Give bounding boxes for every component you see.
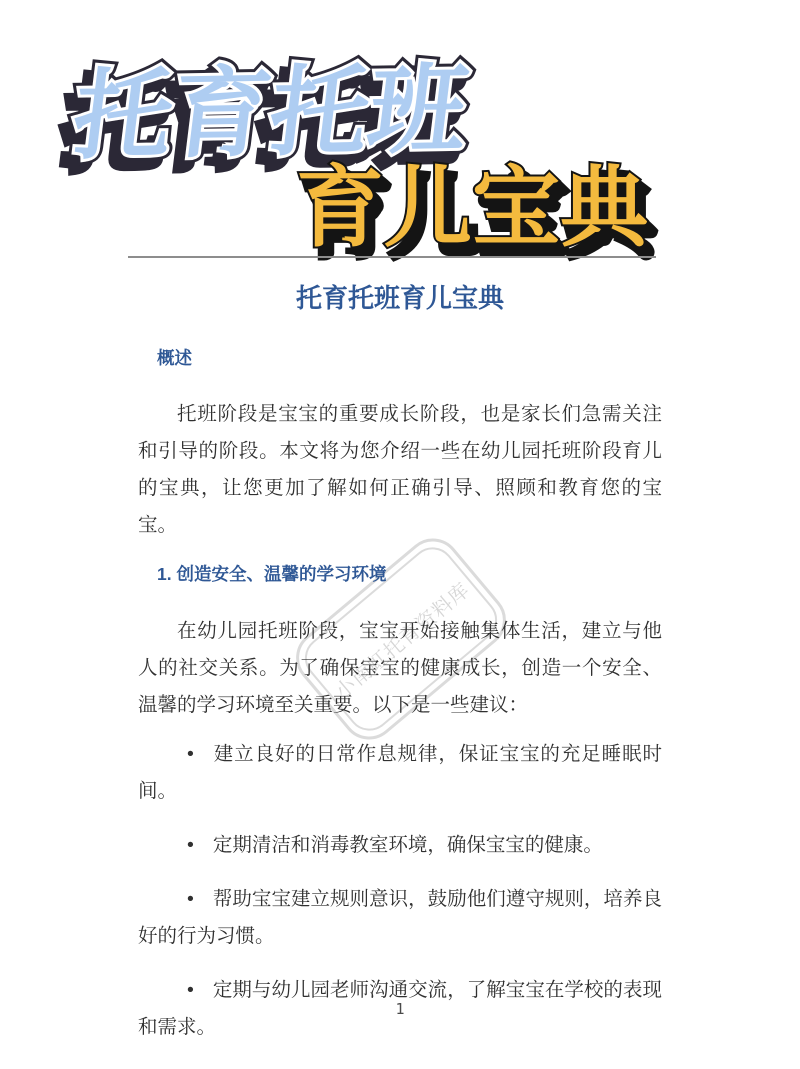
list-item: •定期清洁和消毒教室环境，确保宝宝的健康。 xyxy=(138,827,662,864)
section-heading-1: 1. 创造安全、温馨的学习环境 xyxy=(157,562,662,586)
document-title: 托育托班育儿宝典 xyxy=(138,282,662,314)
bullet-icon: • xyxy=(187,834,194,856)
divider-line xyxy=(128,256,656,258)
hero-banner: 托育托班 托育托班 托育托班 托育托班 育儿宝典 育儿宝典 xyxy=(0,0,800,258)
section-heading-overview: 概述 xyxy=(157,346,662,370)
section-1-paragraph: 在幼儿园托班阶段，宝宝开始接触集体生活，建立与他人的社交关系。为了确保宝宝的健康… xyxy=(138,613,662,724)
document-page: 托育托班 托育托班 托育托班 托育托班 育儿宝典 育儿宝典 小南虹托育资料库 托… xyxy=(0,0,800,1069)
bullet-text: 定期清洁和消毒教室环境，确保宝宝的健康。 xyxy=(213,834,603,856)
document-body: 托育托班育儿宝典 概述 托班阶段是宝宝的重要成长阶段，也是家长们急需关注和引导的… xyxy=(138,278,662,1063)
bullet-text: 帮助宝宝建立规则意识，鼓励他们遵守规则，培养良好的行为习惯。 xyxy=(138,888,662,947)
bullet-icon: • xyxy=(187,743,194,765)
list-item: •帮助宝宝建立规则意识，鼓励他们遵守规则，培养良好的行为习惯。 xyxy=(138,881,662,955)
hero-title-line2: 育儿宝典 育儿宝典 xyxy=(288,146,678,268)
bullet-icon: • xyxy=(187,888,194,910)
hero-title-line2-main: 育儿宝典 xyxy=(296,158,653,257)
overview-paragraph: 托班阶段是宝宝的重要成长阶段，也是家长们急需关注和引导的阶段。本文将为您介绍一些… xyxy=(138,396,662,544)
page-footer: 1 xyxy=(0,1000,800,1019)
bullet-text: 建立良好的日常作息规律，保证宝宝的充足睡眠时间。 xyxy=(138,743,662,802)
bullet-icon: • xyxy=(187,979,194,1001)
page-number: 1 xyxy=(395,1000,404,1018)
list-item: •建立良好的日常作息规律，保证宝宝的充足睡眠时间。 xyxy=(138,736,662,810)
